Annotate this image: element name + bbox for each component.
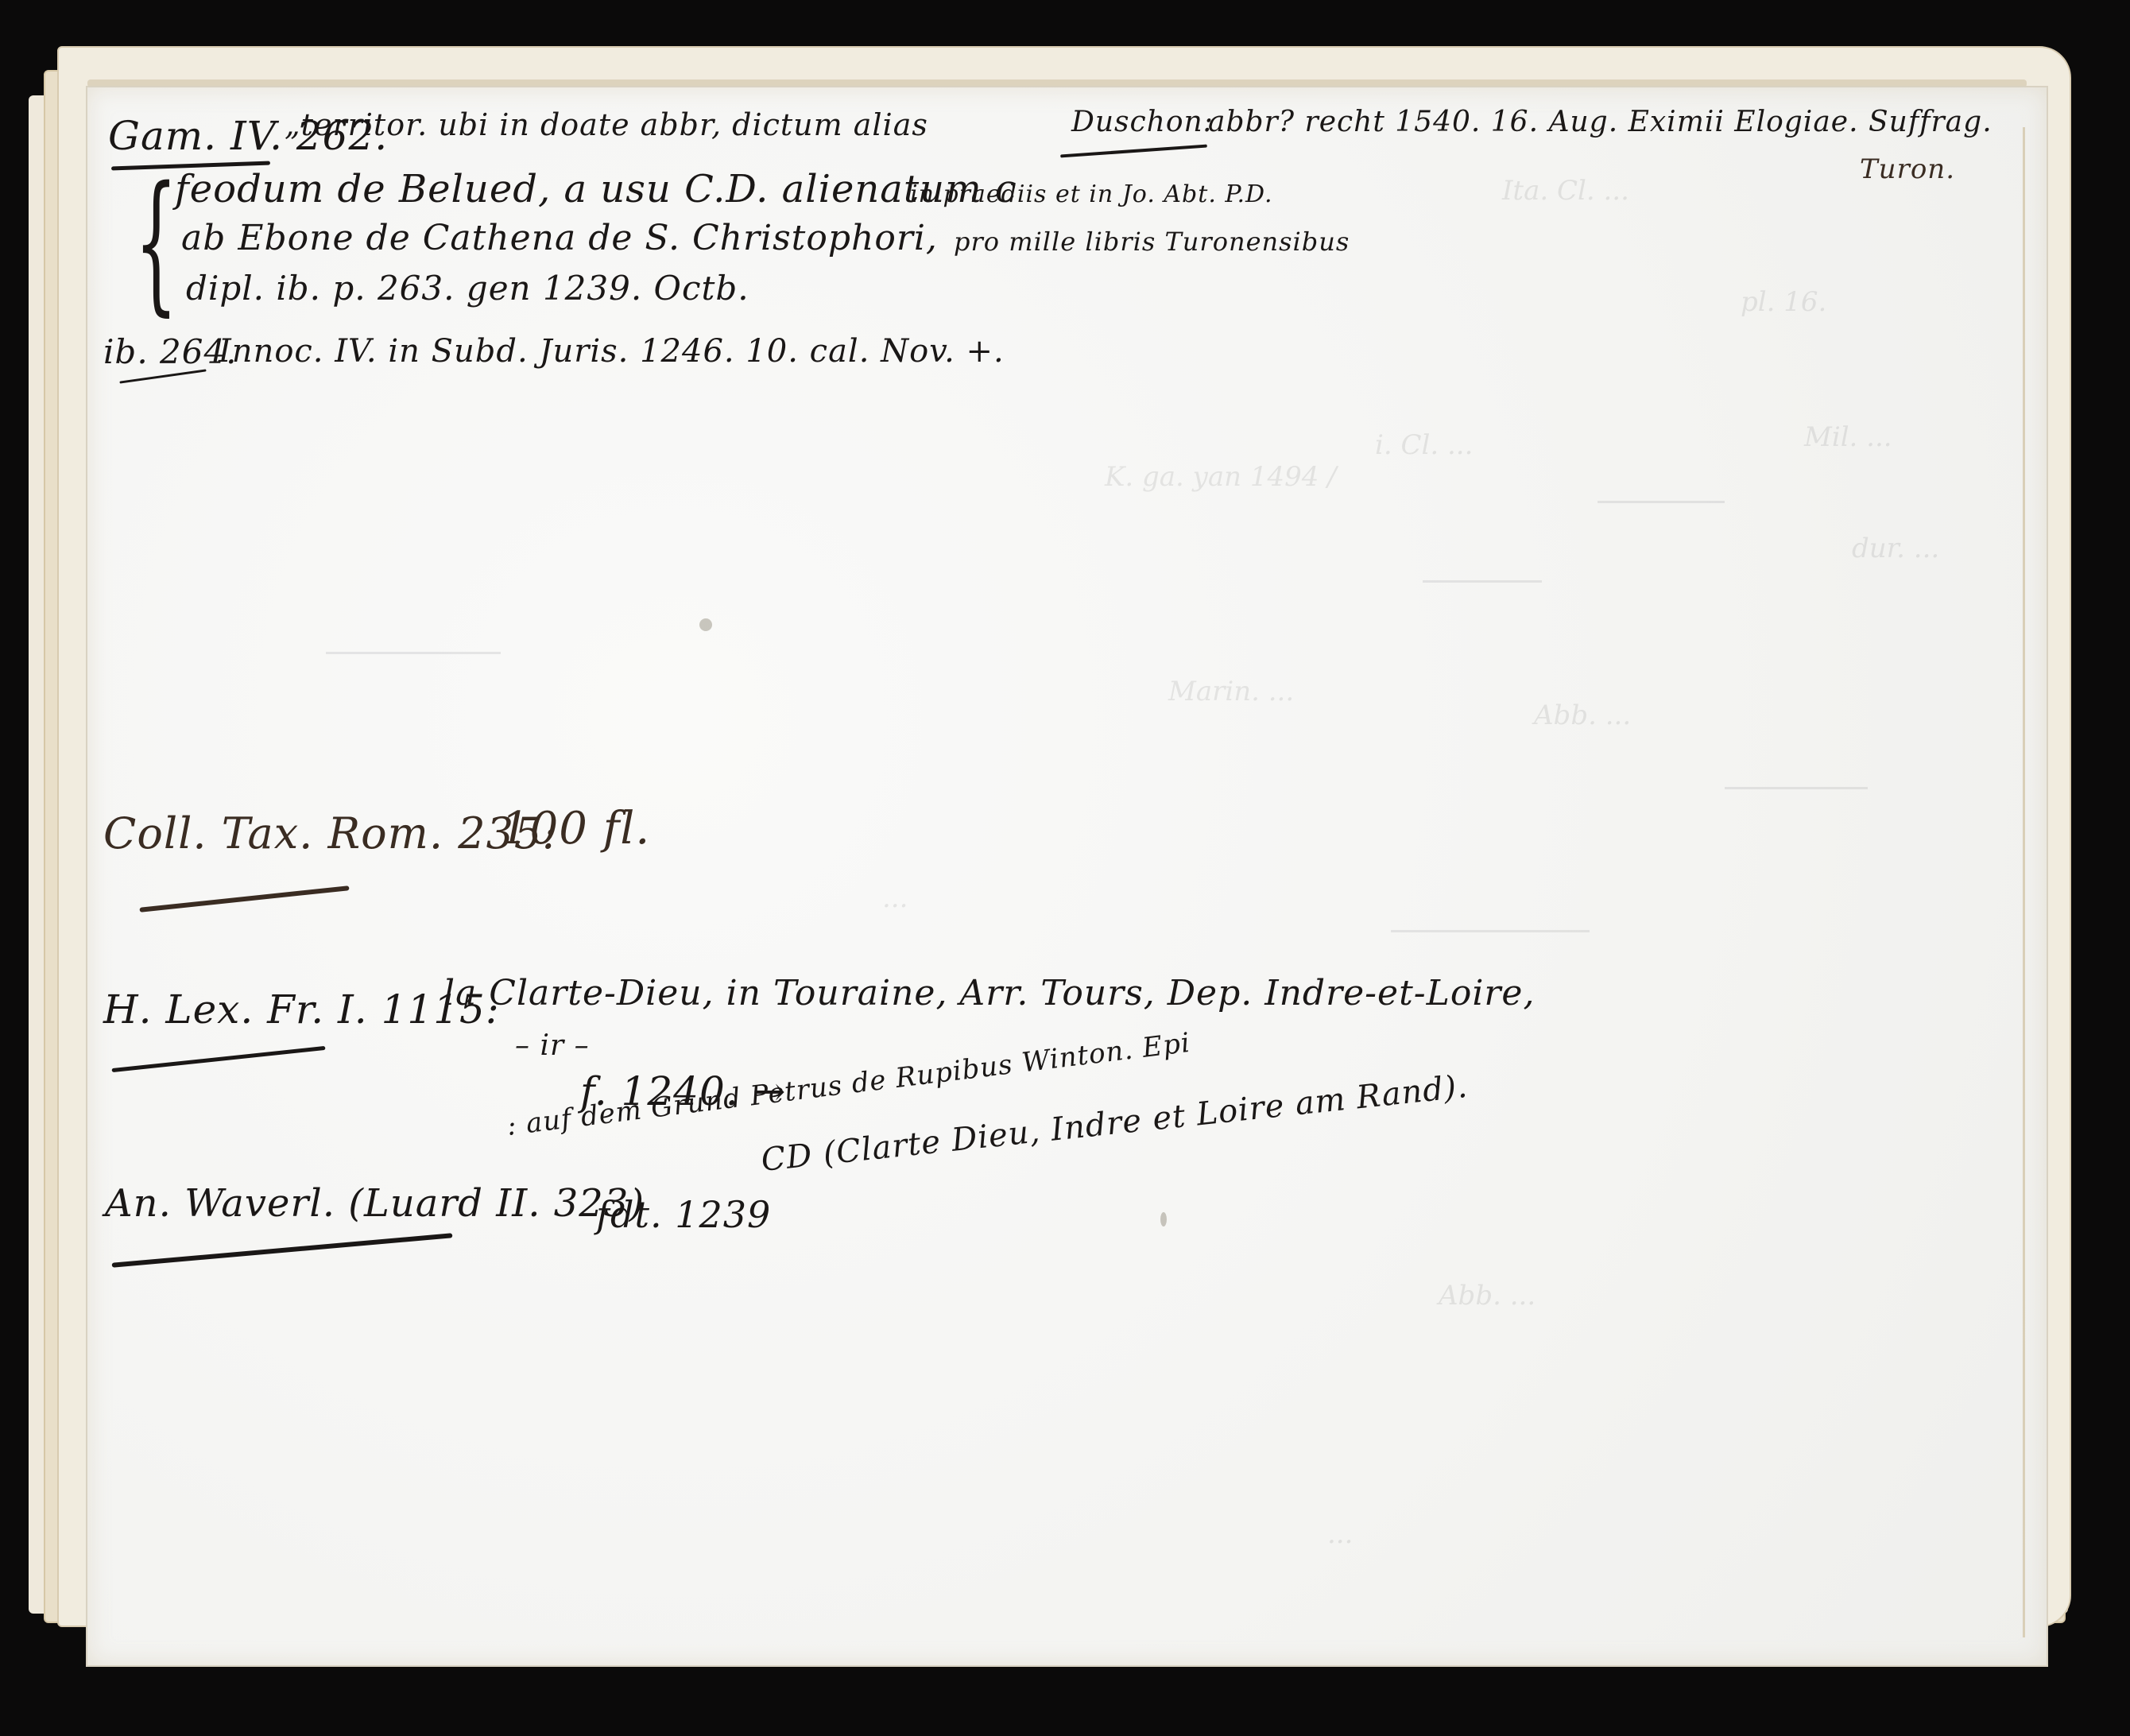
entry-1-margin-note-2: pro mille libris Turonensibus — [954, 229, 1350, 254]
entry-4-reference: H. Lex. Fr. I. 1115: — [103, 990, 500, 1029]
entry-top-right-text: abbr? recht 1540. 16. Aug. Eximii Elogia… — [1208, 108, 1993, 137]
bleed-through-line — [326, 652, 501, 654]
entry-2-underline — [119, 369, 206, 383]
entry-4-interlinear: – ir – — [515, 1032, 590, 1060]
bleed-through-text: Abb. ... — [1534, 699, 1631, 731]
bleed-through-text: ... — [1327, 1518, 1353, 1550]
bleed-through-line — [1423, 580, 1542, 583]
bleed-through-text: Marin. ... — [1168, 676, 1294, 707]
bleed-through-text: dur. ... — [1852, 533, 1939, 564]
bleed-through-text: Ita. Cl. ... — [1502, 175, 1629, 207]
bleed-through-line — [1597, 501, 1725, 503]
entry-1-line-2: feodum de Belued, a usu C.D. alienatum c — [175, 170, 1017, 208]
entry-1-line-1: „territor. ubi in doate abbr, dictum ali… — [285, 110, 928, 140]
ink-spot — [1160, 1212, 1167, 1226]
bleed-through-text: Mil. ... — [1804, 421, 1892, 453]
entry-2-reference: ib. 264. — [103, 335, 238, 369]
entry-top-right-underline — [1060, 145, 1207, 158]
entry-1-line-3: ab Ebone de Cathena de S. Christophori, — [181, 221, 938, 256]
entry-5-line-2: fdt. 1239 — [596, 1196, 771, 1233]
entry-3-reference: Coll. Tax. Rom. 235: — [103, 812, 557, 855]
bleed-through-line — [1725, 787, 1868, 789]
entry-1-margin-note-1: in praediis et in Jo. Abt. P.D. — [910, 183, 1273, 207]
bleed-through-line — [1391, 930, 1590, 932]
bleed-through-text: i. Cl. ... — [1375, 429, 1473, 461]
entry-top-right-continuation: Turon. — [1860, 156, 1955, 183]
bleed-through-text: ... — [882, 882, 908, 914]
entry-2-text: Innoc. IV. in Subd. Juris. 1246. 10. cal… — [219, 335, 1005, 367]
entry-1-line-4: dipl. ib. p. 263. gen 1239. Octb. — [186, 272, 749, 305]
entry-3-amount: 100 fl. — [501, 807, 650, 851]
entry-5-underline — [112, 1233, 453, 1267]
curly-brace: { — [134, 167, 177, 318]
ink-spot — [699, 618, 712, 631]
bleed-through-text: K. ga. yan 1494 / — [1105, 461, 1337, 493]
entry-4-underline — [111, 1046, 325, 1072]
bleed-through-text: Abb. ... — [1439, 1280, 1536, 1312]
manuscript-page: Ita. Cl. ... pl. 16. K. ga. yan 1494 / i… — [86, 86, 2048, 1667]
entry-top-right-reference: Duschon: — [1071, 108, 1214, 137]
entry-3-underline — [139, 885, 349, 913]
page-right-fold — [2023, 127, 2025, 1637]
entry-4-text: la Clarte-Dieu, in Touraine, Arr. Tours,… — [443, 976, 1535, 1011]
entry-5-reference: An. Waverl. (Luard II. 323) — [105, 1184, 645, 1223]
bleed-through-text: pl. 16. — [1741, 286, 1826, 318]
